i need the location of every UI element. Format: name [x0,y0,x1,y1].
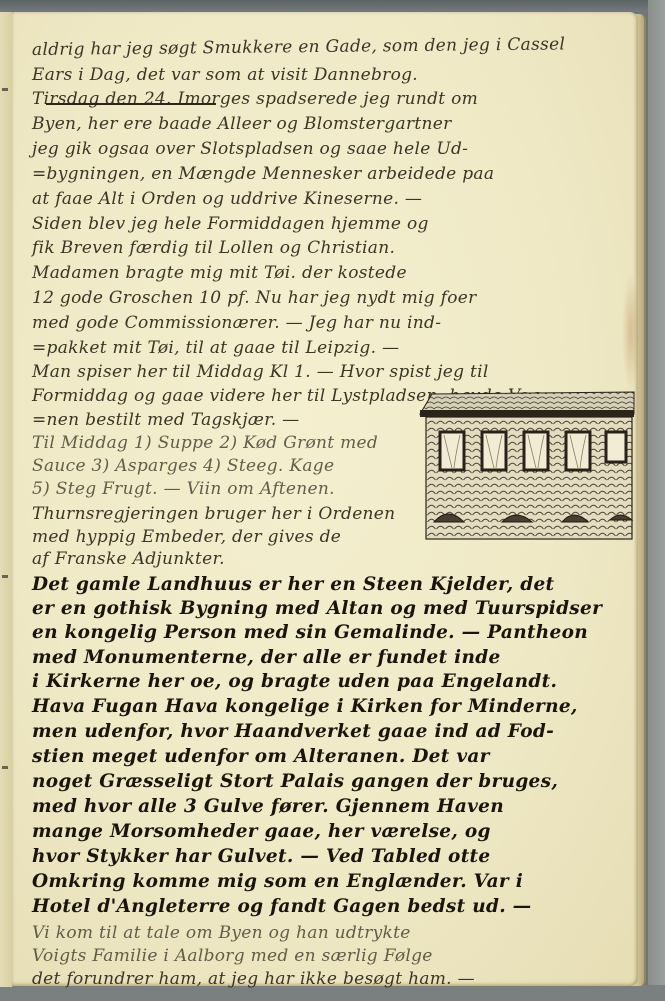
text-line: Byen, her ere baade Alleer og Blomsterga… [32,114,452,134]
text-line: en kongelig Person med sin Gemalinde. — … [32,622,588,643]
text-line: Madamen bragte mig mit Tøi. der kostede [32,263,407,283]
menu-line: Til Middag 1) Suppe 2) Kød Grønt med [32,433,407,453]
menu-line: 5) Steg Frugt. — Viin om Aftenen. [32,479,407,499]
text-line: mange Morsomheder gaae, her værelse, og [32,821,491,842]
text-line: hvor Stykker har Gulvet. — Ved Tabled ot… [32,846,490,867]
text-line: med hvor alle 3 Gulve fører. Gjennem Hav… [32,796,504,817]
text-line: er en gothisk Bygning med Altan og med T… [32,598,602,619]
scanner-backdrop-right [648,0,665,1001]
text-line: det forundrer ham, at jeg har ikke besøg… [32,969,475,989]
date-underline [46,103,216,105]
text-line: i Kirkerne her oe, og bragte uden paa En… [32,671,557,692]
date-heading-line: Tirsdag den 24. Imorges spadserede jeg r… [32,89,478,109]
text-line: Man spiser her til Middag Kl 1. — Hvor s… [32,362,489,382]
text-line: Ears i Dag, det var som at visit Dannebr… [32,65,418,85]
text-line: af Franske Adjunkter. [32,549,407,569]
building-sketch-illustration [418,390,638,540]
text-line: fik Breven færdig til Lollen og Christia… [32,238,395,258]
text-line: =bygningen, en Mængde Mennesker arbeided… [32,164,494,184]
text-line: 12 gode Groschen 10 pf. Nu har jeg nydt … [32,288,477,308]
text-line: Det gamle Landhuus er her en Steen Kjeld… [32,574,554,595]
text-line: =nen bestilt med Tagskjær. — [32,410,407,430]
text-line: Thurnsregjeringen bruger her i Ordenen [32,504,407,524]
text-line: Siden blev jeg hele Formiddagen hjemme o… [32,214,429,234]
foxing-stain [622,272,640,392]
menu-line: Sauce 3) Asparges 4) Steeg. Kage [32,456,407,476]
text-line: med hyppig Embeder, der gives de [32,527,407,547]
text-line: stien meget udenfor om Alteranen. Det va… [32,746,490,767]
text-line: at faae Alt i Orden og uddrive Kineserne… [32,189,422,209]
text-line: jeg gik ogsaa over Slotspladsen og saae … [32,139,468,159]
margin-mark [2,88,8,91]
text-line: noget Græsseligt Stort Palais gangen der… [32,771,558,792]
text-line: med gode Commissionærer. — Jeg har nu in… [32,313,441,333]
text-line: Hotel d'Angleterre og fandt Gagen bedst … [32,896,532,917]
scanner-backdrop-top [0,0,665,12]
margin-mark [2,575,8,578]
text-line: aldrig har jeg søgt Smukkere en Gade, so… [32,34,565,60]
text-line: med Monumenterne, der alle er fundet ind… [32,647,501,668]
text-line: =pakket mit Tøi, til at gaae til Leipzig… [32,338,399,358]
margin-mark [2,766,8,769]
text-line: Vi kom til at tale om Byen og han udtryk… [32,923,411,943]
text-line: Voigts Familie i Aalborg med en særlig F… [32,946,433,966]
text-line: Hava Fugan Hava kongelige i Kirken for M… [32,696,578,717]
text-line: men udenfor, hvor Haandverket gaae ind a… [32,721,554,742]
text-line: Omkring komme mig som en Englænder. Var … [32,871,523,892]
